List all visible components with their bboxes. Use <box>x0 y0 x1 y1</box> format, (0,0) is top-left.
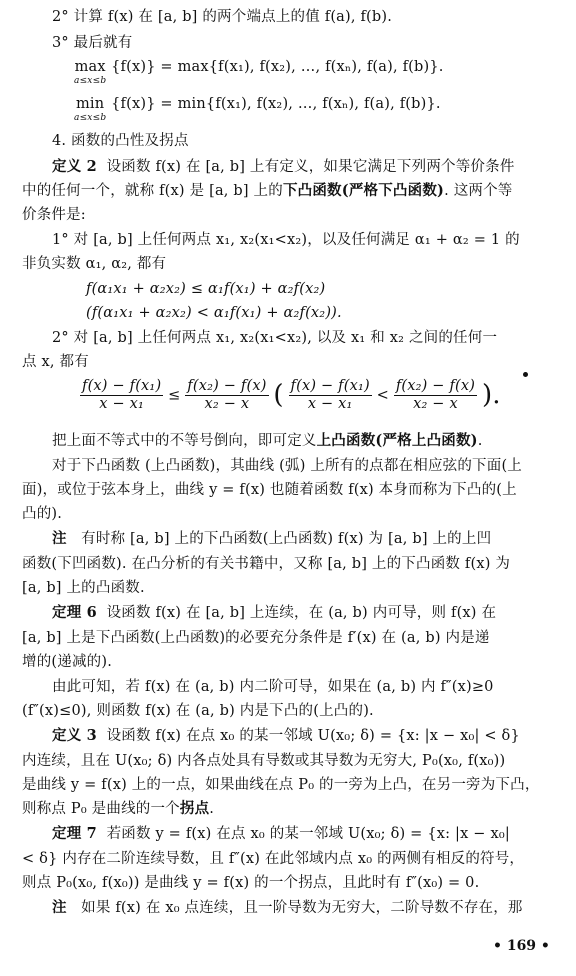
frac2-den: x₂ − x <box>185 396 268 413</box>
definition-2-label: 定义 2 <box>52 158 97 175</box>
rev-period: . <box>478 433 483 449</box>
max-rhs: {f(x)} = max{f(x₁), f(x₂), …, f(xₙ), f(a… <box>111 59 443 75</box>
relation-lt: < <box>377 388 389 404</box>
frac1-den: x − x₁ <box>80 396 163 413</box>
paren-open: ( <box>273 380 283 410</box>
fraction-4: f(x₂) − f(x)x₂ − x <box>394 378 477 413</box>
frac4-num: f(x₂) − f(x) <box>394 378 477 396</box>
note-label: 注 <box>52 530 67 547</box>
definition-2-text: 设函数 f(x) 在 [a, b] 上有定义，如果它满足下列两个等价条件 <box>107 159 515 175</box>
theorem-7-line-3: 则点 P₀(x₀, f(x₀)) 是曲线 y = f(x) 的一个拐点，且此时有… <box>22 874 479 892</box>
geometry-line-3: 凸的). <box>22 505 62 523</box>
definition-2-line-1: 定义 2 设函数 f(x) 在 [a, b] 上有定义，如果它满足下列两个等价条… <box>52 158 515 176</box>
theorem-7-line-2: < δ} 内存在二阶连续导数，且 f″(x) 在此邻域内点 x₀ 的两侧有相反的… <box>22 850 524 868</box>
frac1-num: f(x) − f(x₁) <box>80 378 163 396</box>
condition-2-line-1: 2° 对 [a, b] 上任何两点 x₁, x₂(x₁<x₂), 以及 x₁ 和… <box>52 329 497 347</box>
def3-period: . <box>209 801 214 817</box>
slope-inequality: f(x) − f(x₁)x − x₁ ≤ f(x₂) − f(x)x₂ − x … <box>80 378 501 413</box>
theorem-7-line-1: 定理 7 若函数 y = f(x) 在点 x₀ 的某一邻域 U(x₀; δ) =… <box>52 825 510 843</box>
note2-text: 如果 f(x) 在 x₀ 点连续，且一阶导数为无穷大，二阶导数不存在，那 <box>81 900 522 916</box>
note-2-label: 注 <box>52 899 67 916</box>
geometry-line-2: 面)，或位于弦本身上，曲线 y = f(x) 也随着函数 f(x) 本身而称为下… <box>22 481 517 499</box>
definition-3-line-3: 是曲线 y = f(x) 上的一点，如果曲线在点 P₀ 的一旁为上凸，在另一旁为… <box>22 776 540 794</box>
note-1-line-1: 注 有时称 [a, b] 上的下凸函数(上凸函数) f(x) 为 [a, b] … <box>52 530 491 548</box>
inequality-1-strict: (f(α₁x₁ + α₂x₂) < α₁f(x₁) + α₂f(x₂)). <box>86 304 342 322</box>
theorem-6-line-2: [a, b] 上是下凸函数(上凸函数)的必要充分条件是 f′(x) 在 (a, … <box>22 629 490 647</box>
frac3-den: x − x₁ <box>289 396 372 413</box>
thm6-text: 设函数 f(x) 在 [a, b] 上连续，在 (a, b) 内可导，则 f(x… <box>107 605 497 621</box>
condition-1-line-2: 非负实数 α₁, α₂, 都有 <box>22 255 166 273</box>
note-1-line-3: [a, b] 上的凸函数. <box>22 579 145 597</box>
frac2-num: f(x₂) − f(x) <box>185 378 268 396</box>
min-formula: min a≤x≤b {f(x)} = min{f(x₁), f(x₂), …, … <box>74 95 441 123</box>
ink-speck <box>523 372 528 377</box>
fraction-2: f(x₂) − f(x)x₂ − x <box>185 378 268 413</box>
max-subscript: a≤x≤b <box>74 76 106 86</box>
min-subscript: a≤x≤b <box>74 113 106 123</box>
theorem-7-label: 定理 7 <box>52 825 97 842</box>
rev-text: 把上面不等式中的不等号倒向，即可定义 <box>52 433 317 449</box>
definition-3-label: 定义 3 <box>52 727 97 744</box>
def3-text-d: 则称点 P₀ 是曲线的一个 <box>22 801 180 817</box>
max-op-text: max <box>75 59 106 75</box>
fraction-1: f(x) − f(x₁)x − x₁ <box>80 378 163 413</box>
min-operator: min a≤x≤b <box>74 95 106 123</box>
theorem-6-line-3: 增的(递减的). <box>22 653 112 671</box>
corollary-line-1: 由此可知，若 f(x) 在 (a, b) 内二阶可导，如果在 (a, b) 内 … <box>52 678 494 696</box>
condition-2-line-2: 点 x, 都有 <box>22 353 89 371</box>
condition-1-line-1: 1° 对 [a, b] 上任何两点 x₁, x₂(x₁<x₂)，以及任何满足 α… <box>52 231 520 249</box>
min-rhs: {f(x)} = min{f(x₁), f(x₂), …, f(xₙ), f(a… <box>111 96 441 112</box>
step-3-text: 3° 最后就有 <box>52 34 132 52</box>
note-1-line-2: 函数(下凹函数). 在凸分析的有关书籍中，又称 [a, b] 上的下凸函数 f(… <box>22 555 510 573</box>
thm7-text: 若函数 y = f(x) 在点 x₀ 的某一邻域 U(x₀; δ) = {x: … <box>107 826 510 842</box>
note-2-line-1: 注 如果 f(x) 在 x₀ 点连续，且一阶导数为无穷大，二阶导数不存在，那 <box>52 899 523 917</box>
min-op-text: min <box>76 96 104 112</box>
max-operator: max a≤x≤b <box>74 58 106 86</box>
reverse-inequality: 把上面不等式中的不等号倒向，即可定义上凸函数(严格上凸函数). <box>52 432 483 450</box>
definition-2-line-3: 价条件是: <box>22 206 86 224</box>
term-inflection-point: 拐点 <box>180 800 209 817</box>
frac3-num: f(x) − f(x₁) <box>289 378 372 396</box>
fraction-3: f(x) − f(x₁)x − x₁ <box>289 378 372 413</box>
term-upper-convex: 上凸函数(严格上凸函数) <box>317 432 478 449</box>
paren-close: ). <box>482 380 501 410</box>
definition-3-line-4: 则称点 P₀ 是曲线的一个拐点. <box>22 800 214 818</box>
section-heading: 4. 函数的凸性及拐点 <box>52 132 189 150</box>
step-2-text: 2° 计算 f(x) 在 [a, b] 的两个端点上的值 f(a), f(b). <box>52 8 392 26</box>
geometry-line-1: 对于下凸函数 (上凸函数)，其曲线 (弧) 上所有的点都在相应弦的下面(上 <box>52 457 522 475</box>
definition-3-line-1: 定义 3 设函数 f(x) 在点 x₀ 的某一邻域 U(x₀; δ) = {x:… <box>52 727 520 745</box>
corollary-line-2: (f″(x)≤0), 则函数 f(x) 在 (a, b) 内是下凸的(上凸的). <box>22 702 374 720</box>
max-formula: max a≤x≤b {f(x)} = max{f(x₁), f(x₂), …, … <box>74 58 444 86</box>
term-lower-convex: 下凸函数(严格下凸函数) <box>283 182 444 199</box>
definition-2-line-2: 中的任何一个，就称 f(x) 是 [a, b] 上的下凸函数(严格下凸函数). … <box>22 182 513 200</box>
definition-3-line-2: 内连续，且在 U(x₀; δ) 内各点处具有导数或其导数为无穷大, P₀(x₀,… <box>22 752 505 770</box>
inequality-1: f(α₁x₁ + α₂x₂) ≤ α₁f(x₁) + α₂f(x₂) <box>86 280 325 298</box>
page-number: • 169 • <box>493 938 550 954</box>
relation-le: ≤ <box>168 388 180 404</box>
def2-text-b: . 这两个等 <box>444 183 512 199</box>
def3-text: 设函数 f(x) 在点 x₀ 的某一邻域 U(x₀; δ) = {x: |x −… <box>107 728 520 744</box>
theorem-6-label: 定理 6 <box>52 604 97 621</box>
theorem-6-line-1: 定理 6 设函数 f(x) 在 [a, b] 上连续，在 (a, b) 内可导，… <box>52 604 496 622</box>
def2-text-a: 中的任何一个，就称 f(x) 是 [a, b] 上的 <box>22 183 283 199</box>
note1-text: 有时称 [a, b] 上的下凸函数(上凸函数) f(x) 为 [a, b] 上的… <box>81 531 491 547</box>
frac4-den: x₂ − x <box>394 396 477 413</box>
